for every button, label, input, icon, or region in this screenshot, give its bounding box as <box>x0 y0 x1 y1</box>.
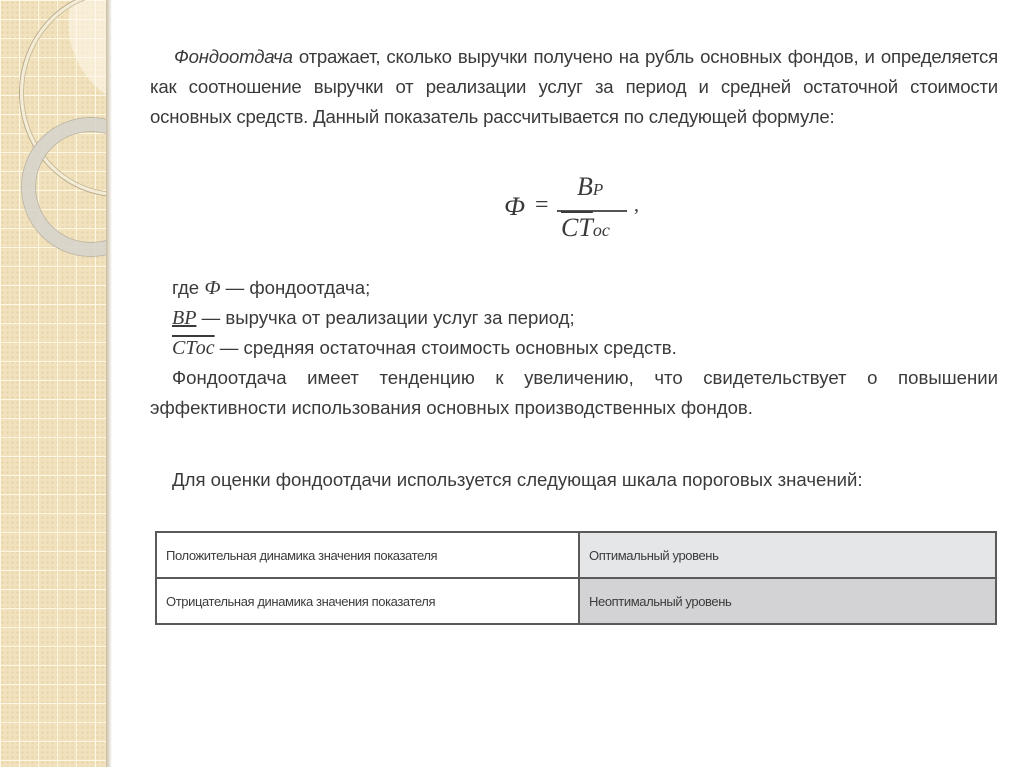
scale-intro: Для оценки фондоотдачи используется след… <box>172 465 863 495</box>
slide: Фондоотдача отражает, сколько выручки по… <box>0 0 1024 767</box>
threshold-scale-table: Положительная динамика значения показате… <box>155 531 997 625</box>
table-row: Положительная динамика значения показате… <box>156 532 996 578</box>
numerator-main: В <box>577 172 593 201</box>
condition-cell: Отрицательная динамика значения показате… <box>156 578 579 624</box>
intro-paragraph: Фондоотдача отражает, сколько выручки по… <box>150 42 998 132</box>
legend-symbol: Ф <box>204 277 220 299</box>
formula-equals: = <box>535 192 549 219</box>
conclusion-paragraph: Фондоотдача имеет тенденцию к увеличению… <box>150 363 998 423</box>
condition-cell: Положительная динамика значения показате… <box>156 532 579 578</box>
formula-comma: , <box>634 194 639 217</box>
legend-item-residual-value: СТос — средняя остаточная стоимость осно… <box>172 333 677 363</box>
formula-lhs: Ф <box>504 192 525 222</box>
intro-block: Фондоотдача отражает, сколько выручки по… <box>150 42 998 132</box>
legend-item-revenue: ВР — выручка от реализации услуг за пери… <box>172 303 677 333</box>
term-fondootdacha: Фондоотдача <box>174 46 293 67</box>
legend-item-phi: где Ф — фондоотдача; <box>172 273 677 303</box>
legend-symbol: ВР <box>172 307 196 329</box>
table-row: Отрицательная динамика значения показате… <box>156 578 996 624</box>
legend-text: — средняя остаточная стоимость основных … <box>215 337 677 358</box>
legend-text: — выручка от реализации услуг за период; <box>196 307 574 328</box>
numerator-sub: Р <box>593 180 603 199</box>
denominator-main: СТ <box>561 213 593 242</box>
denominator-sub: ос <box>593 220 610 240</box>
legend-text: — фондоотдача; <box>220 277 370 298</box>
fraction-bar <box>557 210 627 212</box>
legend-symbol: СТос <box>172 337 215 359</box>
formula-legend: где Ф — фондоотдача; ВР — выручка от реа… <box>172 273 677 363</box>
level-cell: Неоптимальный уровень <box>579 578 996 624</box>
level-cell: Оптимальный уровень <box>579 532 996 578</box>
formula-denominator: СТос <box>561 213 610 243</box>
formula-numerator: ВР <box>577 172 603 202</box>
decorative-side-strip <box>0 0 108 767</box>
strip-shadow <box>106 0 112 767</box>
